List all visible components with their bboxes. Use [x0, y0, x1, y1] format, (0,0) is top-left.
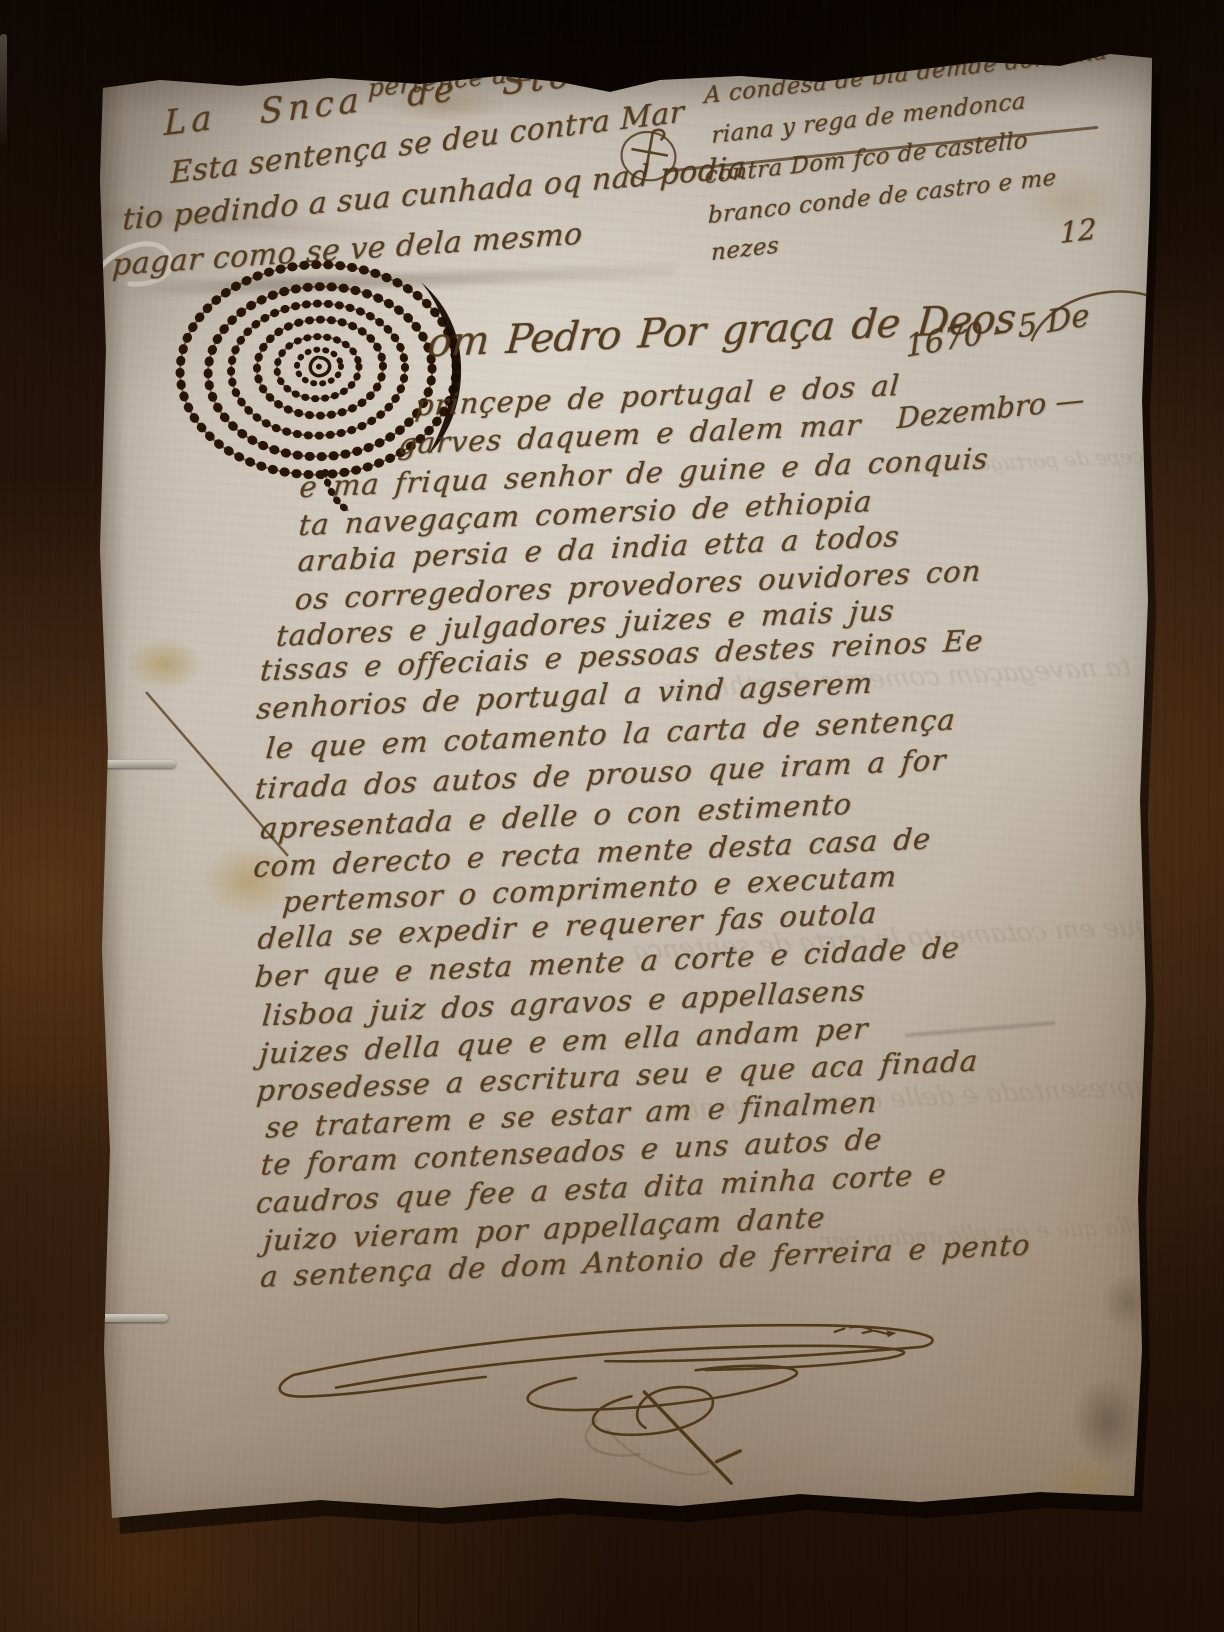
page-number: 12 — [1060, 212, 1097, 251]
pencil-scribble — [905, 1021, 1055, 1038]
annotation-case-parties: nezes — [711, 233, 779, 267]
photo-scene: pertence a Evora La Snca de Sto Esta sen… — [0, 0, 1224, 1632]
page-content: pertence a Evora La Snca de Sto Esta sen… — [84, 15, 1205, 1540]
notarial-paraph-flourish-icon — [273, 1258, 980, 1520]
table-edge-highlight — [0, 34, 7, 144]
margin-date-month: Dezembro — — [896, 382, 1084, 435]
manuscript-page: pertence a Evora La Snca de Sto Esta sen… — [86, 46, 1161, 1538]
cross-in-circle-icon — [610, 118, 687, 195]
